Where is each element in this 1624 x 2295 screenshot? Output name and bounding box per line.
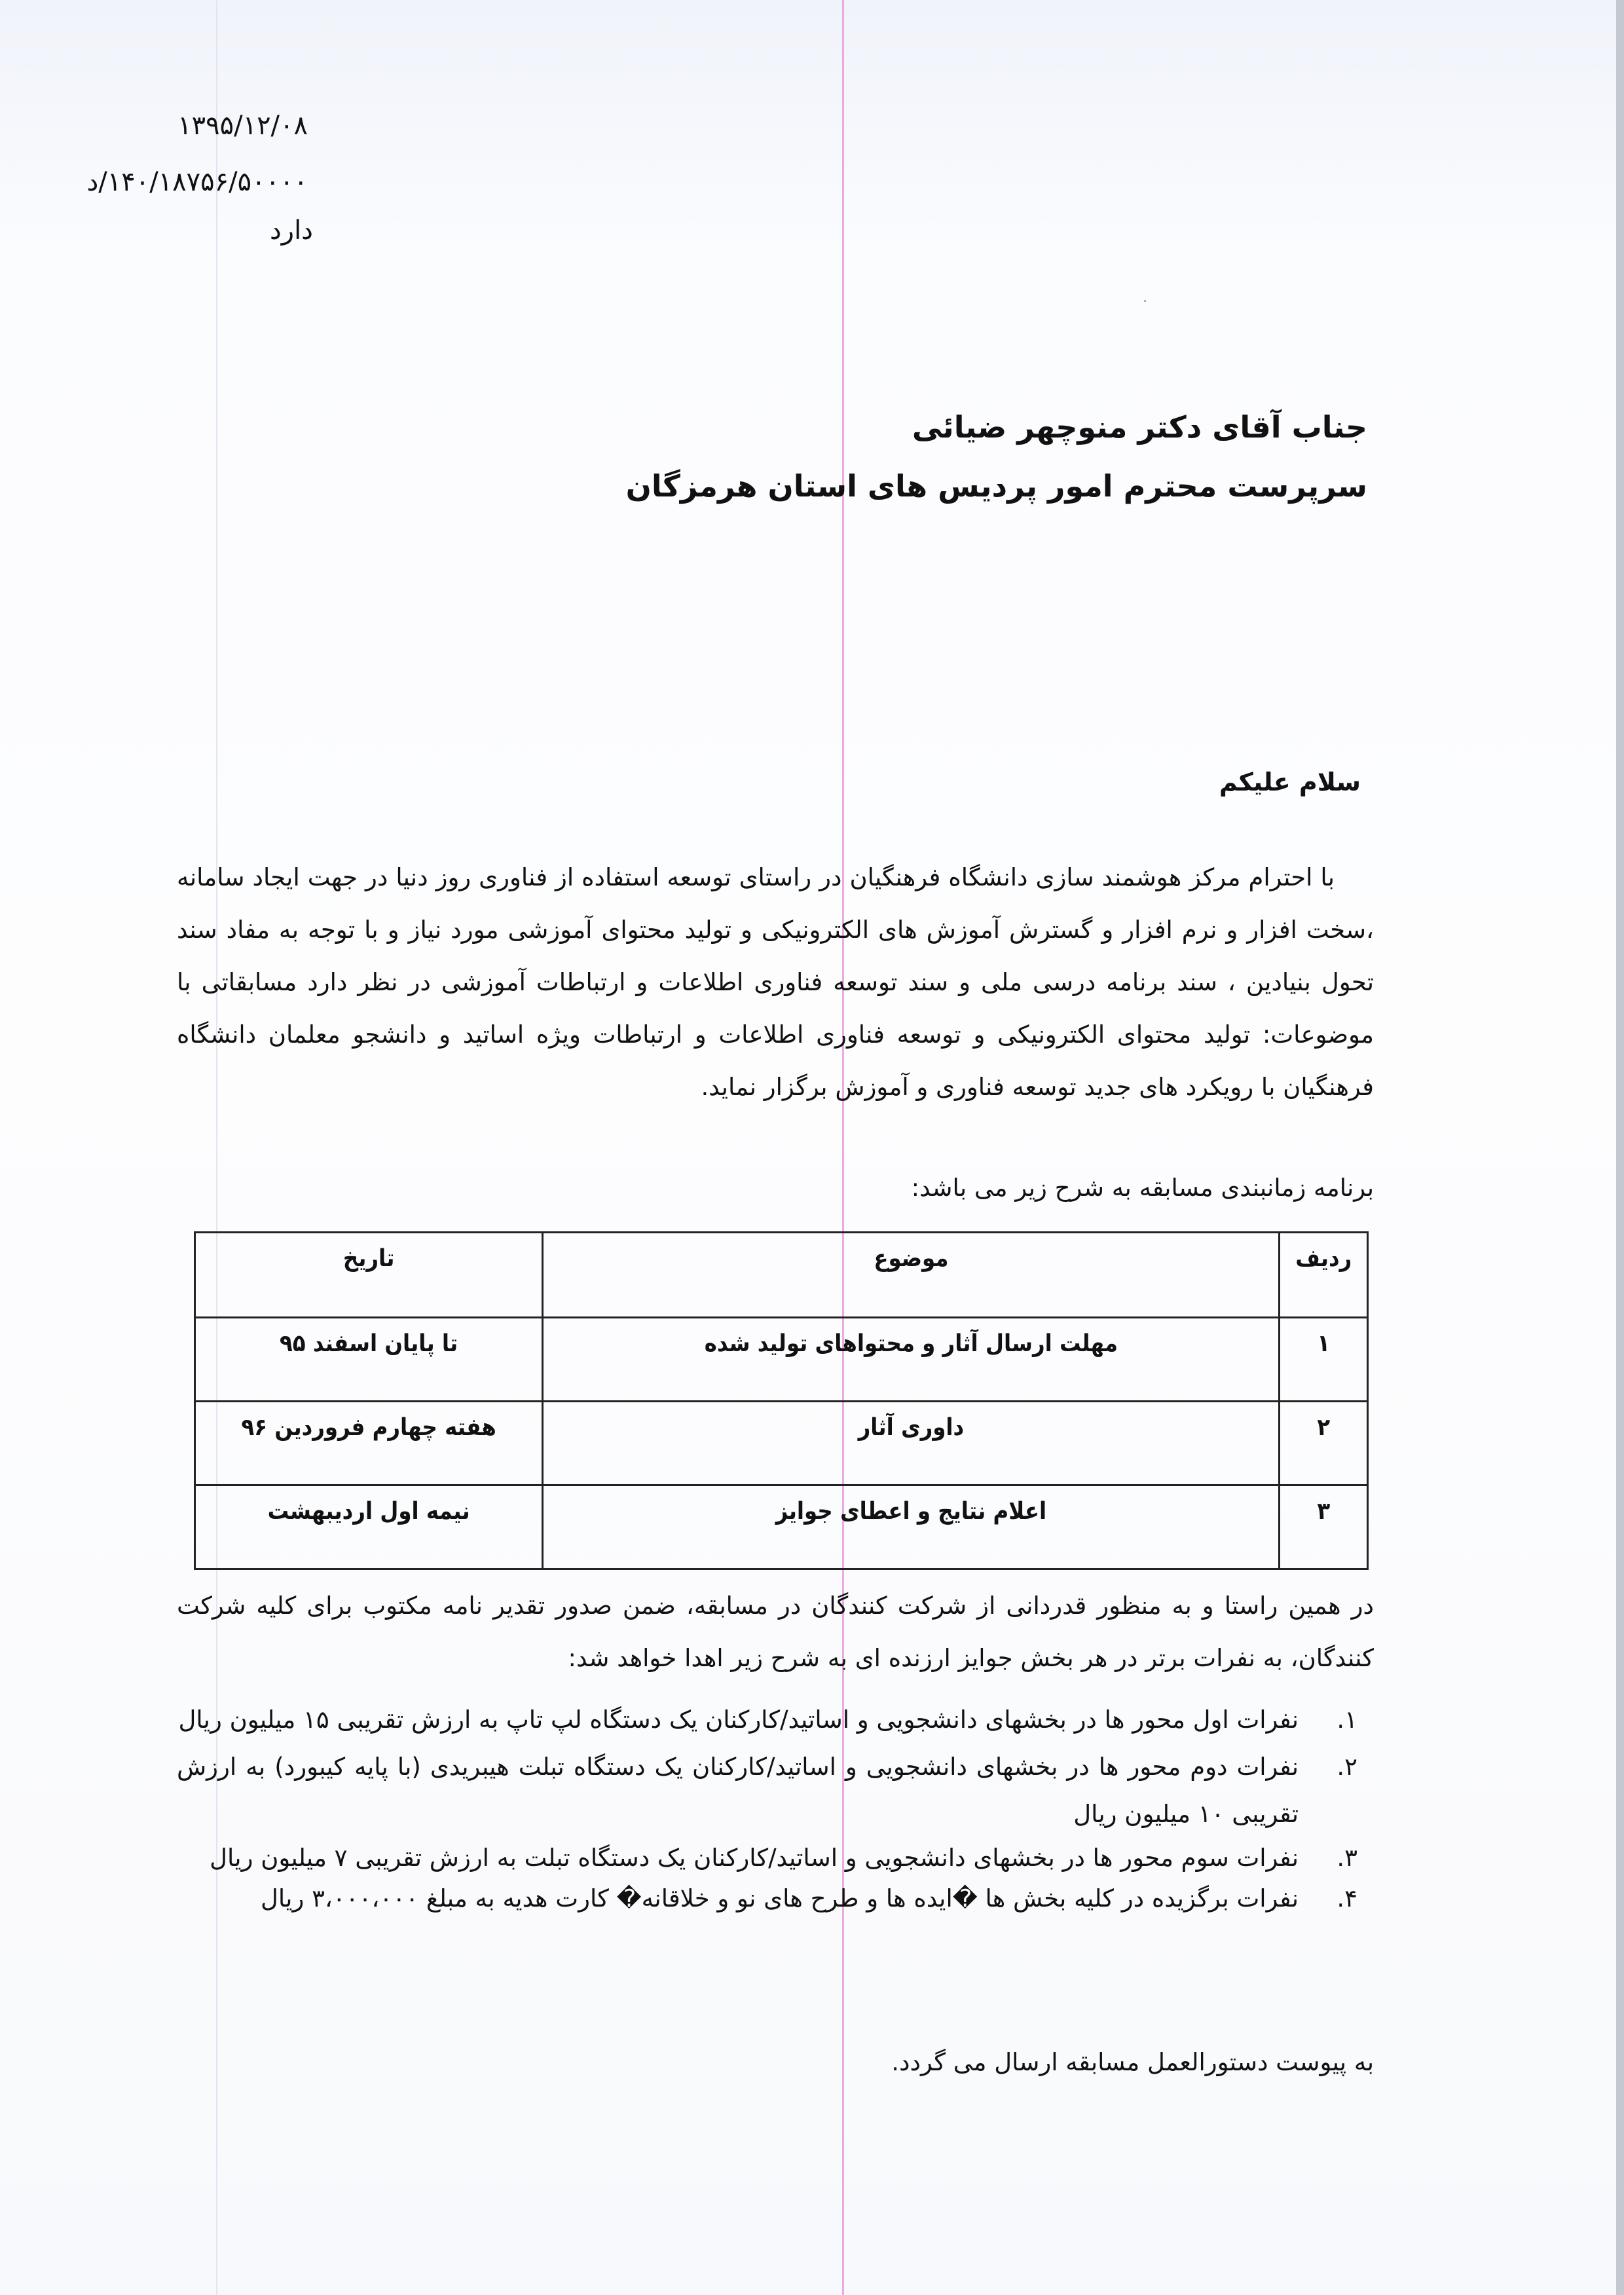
list-item-text: نفرات برگزیده در کلیه بخش ها �ایده ها و … — [261, 1884, 1299, 1912]
table-header-row: ردیف موضوع تاریخ — [195, 1233, 1368, 1318]
list-item: ۴. نفرات برگزیده در کلیه بخش ها �ایده ها… — [177, 1878, 1374, 1919]
list-item-number: ۴. — [1337, 1878, 1357, 1919]
thanks-paragraph: در همین راستا و به منظور قدردانی از شرکت… — [177, 1580, 1374, 1685]
list-item-text: نفرات اول محور ها در بخشهای دانشجویی و ا… — [179, 1706, 1299, 1734]
letter-attachment: دارد — [270, 217, 313, 244]
addressee-title: سرپرست محترم امور پردیس های استان هرمزگا… — [626, 468, 1367, 504]
cell-topic: داوری آثار — [543, 1402, 1280, 1485]
scan-speck — [1144, 300, 1146, 302]
list-item-text: نفرات دوم محور ها در بخشهای دانشجویی و ا… — [177, 1753, 1299, 1828]
letter-date: ۱۳۹۵/۱۲/۰۸ — [177, 113, 308, 139]
cell-row-number: ۳ — [1280, 1485, 1368, 1569]
cell-date: تا پایان اسفند ۹۵ — [195, 1318, 543, 1402]
addressee-name: جناب آقای دکتر منوچهر ضیائی — [912, 409, 1367, 445]
cell-topic: اعلام نتایج و اعطای جوایز — [543, 1485, 1280, 1569]
closing-line: به پیوست دستورالعمل مسابقه ارسال می گردد… — [891, 2048, 1374, 2076]
list-item: ۳. نفرات سوم محور ها در بخشهای دانشجویی … — [177, 1838, 1374, 1878]
schedule-intro: برنامه زمانبندی مسابقه به شرح زیر می باش… — [912, 1174, 1374, 1202]
list-item: ۱. نفرات اول محور ها در بخشهای دانشجویی … — [177, 1696, 1374, 1744]
schedule-table: ردیف موضوع تاریخ ۱ مهلت ارسال آثار و محت… — [194, 1231, 1369, 1570]
table-row: ۱ مهلت ارسال آثار و محتواهای تولید شده ت… — [195, 1318, 1368, 1402]
list-item-number: ۲. — [1337, 1744, 1357, 1791]
list-item-text: نفرات سوم محور ها در بخشهای دانشجویی و ا… — [210, 1844, 1299, 1872]
cell-topic: مهلت ارسال آثار و محتواهای تولید شده — [543, 1318, 1280, 1402]
prize-list: ۱. نفرات اول محور ها در بخشهای دانشجویی … — [177, 1696, 1374, 1919]
cell-row-number: ۲ — [1280, 1402, 1368, 1485]
list-item: ۲. نفرات دوم محور ها در بخشهای دانشجویی … — [177, 1744, 1374, 1838]
letter-page: ۱۳۹۵/۱۲/۰۸ ۱۴۰/۱۸۷۵۶/۵۰۰۰۰/د دارد جناب آ… — [0, 0, 1616, 2295]
intro-paragraph: با احترام مرکز هوشمند سازی دانشگاه فرهنگ… — [177, 851, 1374, 1113]
scan-guide-line-pink — [842, 0, 844, 2295]
scanner-edge — [1616, 0, 1624, 2295]
scan-guide-line — [216, 0, 217, 2295]
cell-date: نیمه اول اردیبهشت — [195, 1485, 543, 1569]
table-row: ۳ اعلام نتایج و اعطای جوایز نیمه اول ارد… — [195, 1485, 1368, 1569]
intro-paragraph-text: با احترام مرکز هوشمند سازی دانشگاه فرهنگ… — [177, 863, 1374, 1101]
letter-number: ۱۴۰/۱۸۷۵۶/۵۰۰۰۰/د — [86, 169, 308, 195]
greeting: سلام علیکم — [1219, 768, 1361, 796]
list-item-number: ۱. — [1337, 1696, 1357, 1744]
table-row: ۲ داوری آثار هفته چهارم فروردین ۹۶ — [195, 1402, 1368, 1485]
header-date: تاریخ — [195, 1233, 543, 1318]
cell-date: هفته چهارم فروردین ۹۶ — [195, 1402, 543, 1485]
header-topic: موضوع — [543, 1233, 1280, 1318]
cell-row-number: ۱ — [1280, 1318, 1368, 1402]
header-row-number: ردیف — [1280, 1233, 1368, 1318]
list-item-number: ۳. — [1337, 1838, 1357, 1878]
